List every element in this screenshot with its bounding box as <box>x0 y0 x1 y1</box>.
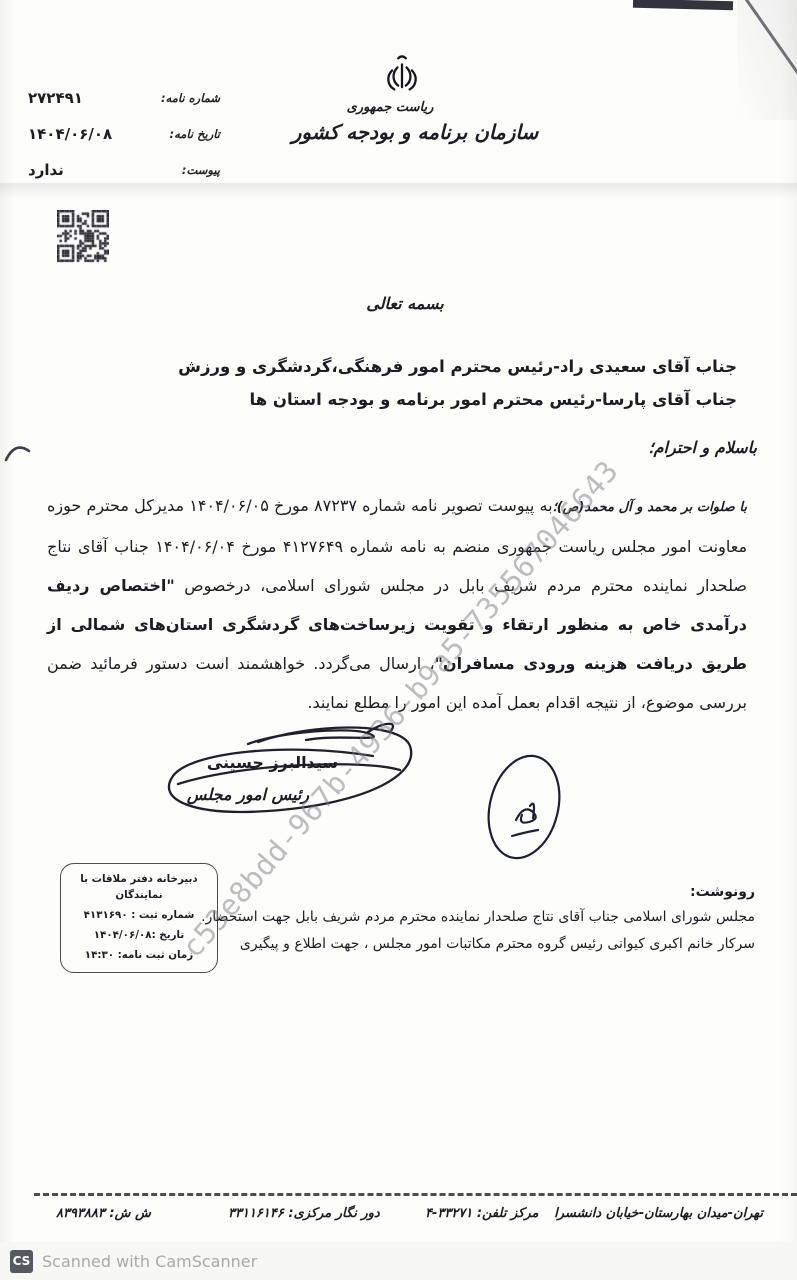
attachment-row: پیوست: ندارد <box>28 152 220 188</box>
footer-divider <box>34 1193 797 1196</box>
letterhead-fields: شماره نامه: ۲۷۲۴۹۱ تاریخ نامه: ۱۴۰۴/۰۶/۰… <box>28 80 220 188</box>
attachment-value: ندارد <box>28 161 64 179</box>
letter-number-value: ۲۷۲۴۹۱ <box>28 89 83 107</box>
camscanner-logo-icon: CS <box>10 1250 33 1273</box>
letter-date-label: تاریخ نامه: <box>169 127 220 141</box>
bismillah-text: بسمه تعالی <box>345 294 465 313</box>
letter-date-value: ۱۴۰۴/۰۶/۰۸ <box>28 125 112 143</box>
recipient-line: جناب آقای سعیدی راد-رئیس محترم امور فرهن… <box>47 350 737 383</box>
cc-heading: رونوشت: <box>40 884 755 900</box>
org-name: سازمان برنامه و بودجه کشور <box>290 120 540 144</box>
camscanner-bar: CS Scanned with CamScanner <box>0 1242 797 1280</box>
footer-shsh: ش ش: ۸۳۹۳۸۸۳ <box>56 1206 151 1221</box>
scan-artifact-top-edge <box>633 0 733 10</box>
letter-number-label: شماره نامه: <box>161 91 220 105</box>
cc-item: سرکار خانم اکبری کیوانی رئیس گروه محترم … <box>40 931 755 958</box>
qr-code <box>57 210 109 263</box>
scanned-letter-page: شماره نامه: ۲۷۲۴۹۱ تاریخ نامه: ۱۴۰۴/۰۶/۰… <box>0 0 797 1280</box>
footer-fax: دور نگار مرکزی: ۳۳۱۱۶۱۴۶ <box>228 1206 380 1221</box>
camscanner-text: Scanned with CamScanner <box>42 1252 257 1271</box>
footer-phone: مرکز تلفن: ۳۳۲۷۱-۴ <box>425 1206 538 1221</box>
org-parent-title: ریاست جمهوری <box>330 100 450 115</box>
attachment-label: پیوست: <box>182 163 220 177</box>
letter-number-row: شماره نامه: ۲۷۲۴۹۱ <box>28 80 220 116</box>
initials-scribble-icon <box>478 750 570 864</box>
pen-mark-icon <box>2 438 36 468</box>
recipient-line: جناب آقای پارسا-رئیس محترم امور برنامه و… <box>47 383 737 416</box>
salutation-text: باسلام و احترام؛ <box>649 438 757 457</box>
scan-artifact-corner-shadow <box>737 0 797 120</box>
signatory-name: سیدالبرز حسینی <box>200 753 345 772</box>
cc-section: رونوشت: مجلس شورای اسلامی جناب آقای نتاج… <box>40 884 755 958</box>
cc-item: مجلس شورای اسلامی جناب آقای نتاج صلحدار … <box>40 904 755 931</box>
recipients-block: جناب آقای سعیدی راد-رئیس محترم امور فرهن… <box>47 350 737 416</box>
letter-date-row: تاریخ نامه: ۱۴۰۴/۰۶/۰۸ <box>28 116 220 152</box>
iran-emblem-icon <box>383 52 421 98</box>
footer-address: تهران-میدان بهارستان-خیابان دانشسرا <box>554 1206 763 1221</box>
